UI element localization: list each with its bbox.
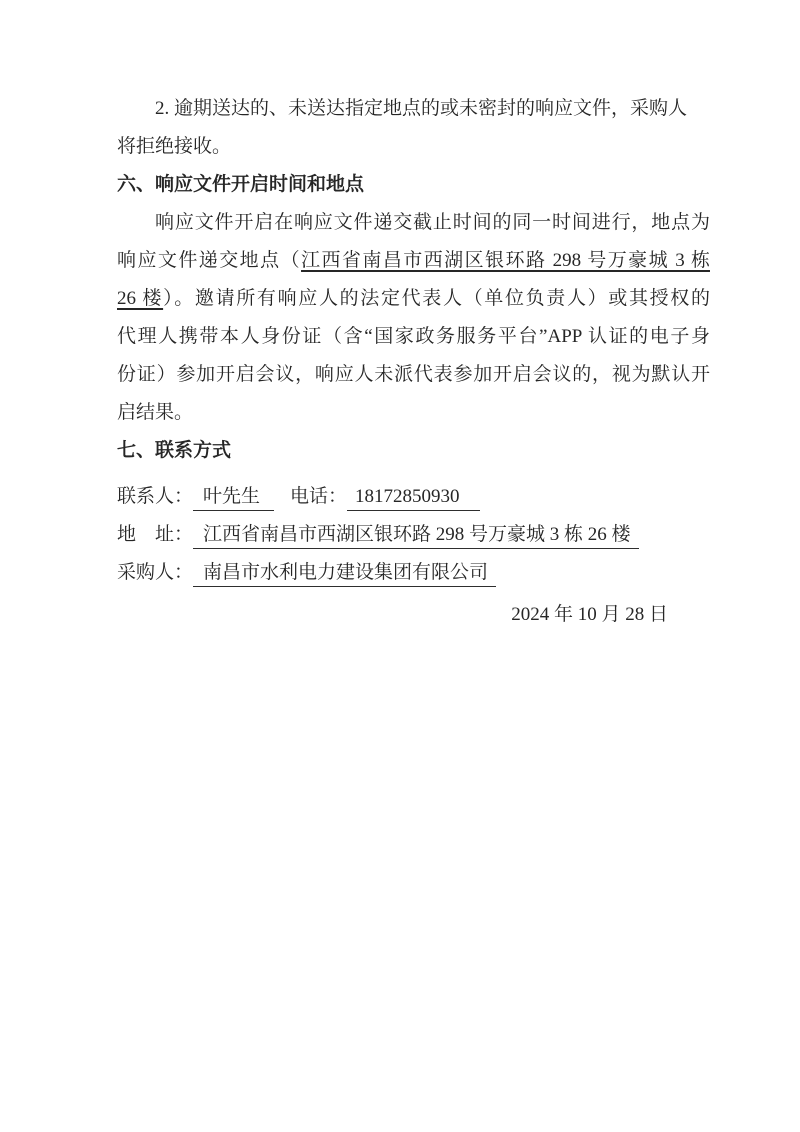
- address-row: 地 址：江西省南昌市西湖区银环路 298 号万豪城 3 栋 26 楼: [117, 516, 710, 554]
- opening-address-underlined: 江西省南昌市西湖区银环路 298 号万豪城 3 栋: [301, 250, 710, 271]
- address-value: 江西省南昌市西湖区银环路 298 号万豪城 3 栋 26 楼: [193, 522, 639, 549]
- section-6-paragraph-line-5: 份证）参加开启会议，响应人未派代表参加开启会议的，视为默认开: [117, 356, 710, 394]
- contact-person-name: 叶先生: [193, 484, 274, 511]
- document-page: 2. 逾期送达的、未送达指定地点的或未密封的响应文件，采购人 将拒绝接收。 六、…: [0, 0, 800, 1132]
- purchaser-value: 南昌市水利电力建设集团有限公司: [193, 560, 496, 587]
- document-date: 2024 年 10 月 28 日: [117, 596, 710, 634]
- section-7-heading: 七、联系方式: [117, 432, 710, 470]
- contact-person-label: 联系人：: [117, 486, 193, 507]
- text-segment: ）。邀请所有响应人的法定代表人（单位负责人）或其授权的: [163, 288, 710, 309]
- purchaser-row: 采购人：南昌市水利电力建设集团有限公司: [117, 554, 710, 592]
- clause-2-line-1: 2. 逾期送达的、未送达指定地点的或未密封的响应文件，采购人: [117, 90, 710, 128]
- section-6-paragraph-line-1: 响应文件开启在响应文件递交截止时间的同一时间进行，地点为: [117, 204, 710, 242]
- opening-address-underlined-continued: 26 楼: [117, 288, 163, 309]
- purchaser-label: 采购人：: [117, 562, 193, 583]
- clause-2-line-2: 将拒绝接收。: [117, 128, 710, 166]
- section-6-paragraph-line-6: 启结果。: [117, 394, 710, 432]
- phone-label: 电话：: [290, 486, 347, 507]
- contact-person-row: 联系人：叶先生电话：18172850930: [117, 478, 710, 516]
- text-segment: 响应文件递交地点（: [117, 250, 301, 271]
- section-6-paragraph-line-3: 26 楼）。邀请所有响应人的法定代表人（单位负责人）或其授权的: [117, 280, 710, 318]
- address-label: 地 址：: [117, 524, 193, 545]
- phone-number: 18172850930: [347, 484, 480, 511]
- section-6-paragraph-line-4: 代理人携带本人身份证（含“国家政务服务平台”APP 认证的电子身: [117, 318, 710, 356]
- section-6-paragraph-line-2: 响应文件递交地点（江西省南昌市西湖区银环路 298 号万豪城 3 栋: [117, 242, 710, 280]
- section-6-heading: 六、响应文件开启时间和地点: [117, 166, 710, 204]
